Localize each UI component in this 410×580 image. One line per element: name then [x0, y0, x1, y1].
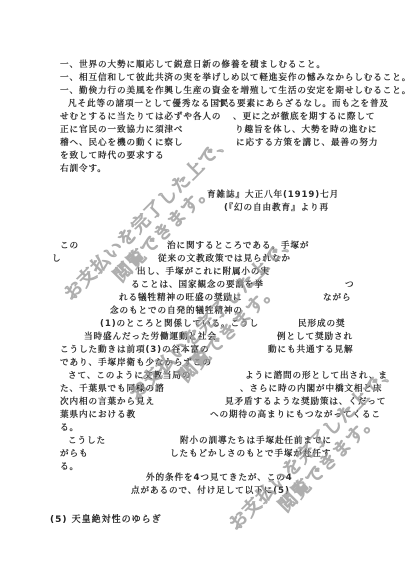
body-line: つ — [345, 280, 355, 291]
body-line: 葉県内における教 — [60, 410, 136, 421]
decree-paragraph-line: 右訓令す。 — [60, 164, 107, 175]
citation-line: 育雑誌』大正八年(1919)七月 — [207, 190, 339, 201]
decree-paragraph-line: を致して時代の要求する — [60, 151, 164, 162]
section-heading: (5) 天皇絶対性のゆらぎ — [50, 515, 162, 526]
decree-paragraph-line: 稽へ、民心を機の動くに察し — [60, 138, 183, 149]
body-line: る。 — [60, 423, 79, 434]
body-line: 例として奨励され — [277, 332, 353, 343]
body-line: る。 — [60, 462, 79, 473]
decree-item: 一、相互信和して彼此共済の実を挙げしめ以て軽進妄作の憾みなからしむること。 — [60, 73, 410, 84]
body-line: がらも — [60, 449, 88, 460]
decree-paragraph-line: せむとするに当たりては必ずや各人の — [60, 112, 221, 123]
body-line: こうした — [68, 436, 106, 447]
body-line: し — [52, 254, 62, 265]
decree-paragraph-line: する要素にあらざるなし。而も之を普及 — [218, 99, 389, 110]
body-line: 民形成の奨 — [298, 319, 345, 330]
citation-line: (『幻の自由教育』より再 — [224, 203, 329, 214]
decree-item: 一、世界の大勢に順応して鋭意日新の修養を積ましむること。 — [60, 60, 326, 71]
decree-item: 一、勤倹力行の美風を作興し生産の資金を増殖して生活の安定を期せしむること。 — [60, 86, 410, 97]
decree-paragraph-line: 凡そ此等の諸項一として優秀なる国民 — [68, 99, 229, 110]
decree-paragraph-line: に応する方策を講じ、最善の努力 — [236, 138, 378, 149]
decree-paragraph-line: 、更に之が徹底を期するに際して — [233, 112, 375, 123]
body-line: 動にも共通する見解 — [268, 345, 353, 356]
body-line: この — [60, 241, 79, 252]
body-line: ながら — [323, 293, 351, 304]
decree-paragraph-line: 正に官民の一致協力に須津べ — [60, 125, 183, 136]
decree-paragraph-line: り趣旨を体し、大勢を時の進むに — [235, 125, 377, 136]
document-page: 一、世界の大勢に順応して鋭意日新の修養を積ましむること。 一、相互信和して彼此共… — [0, 0, 410, 580]
